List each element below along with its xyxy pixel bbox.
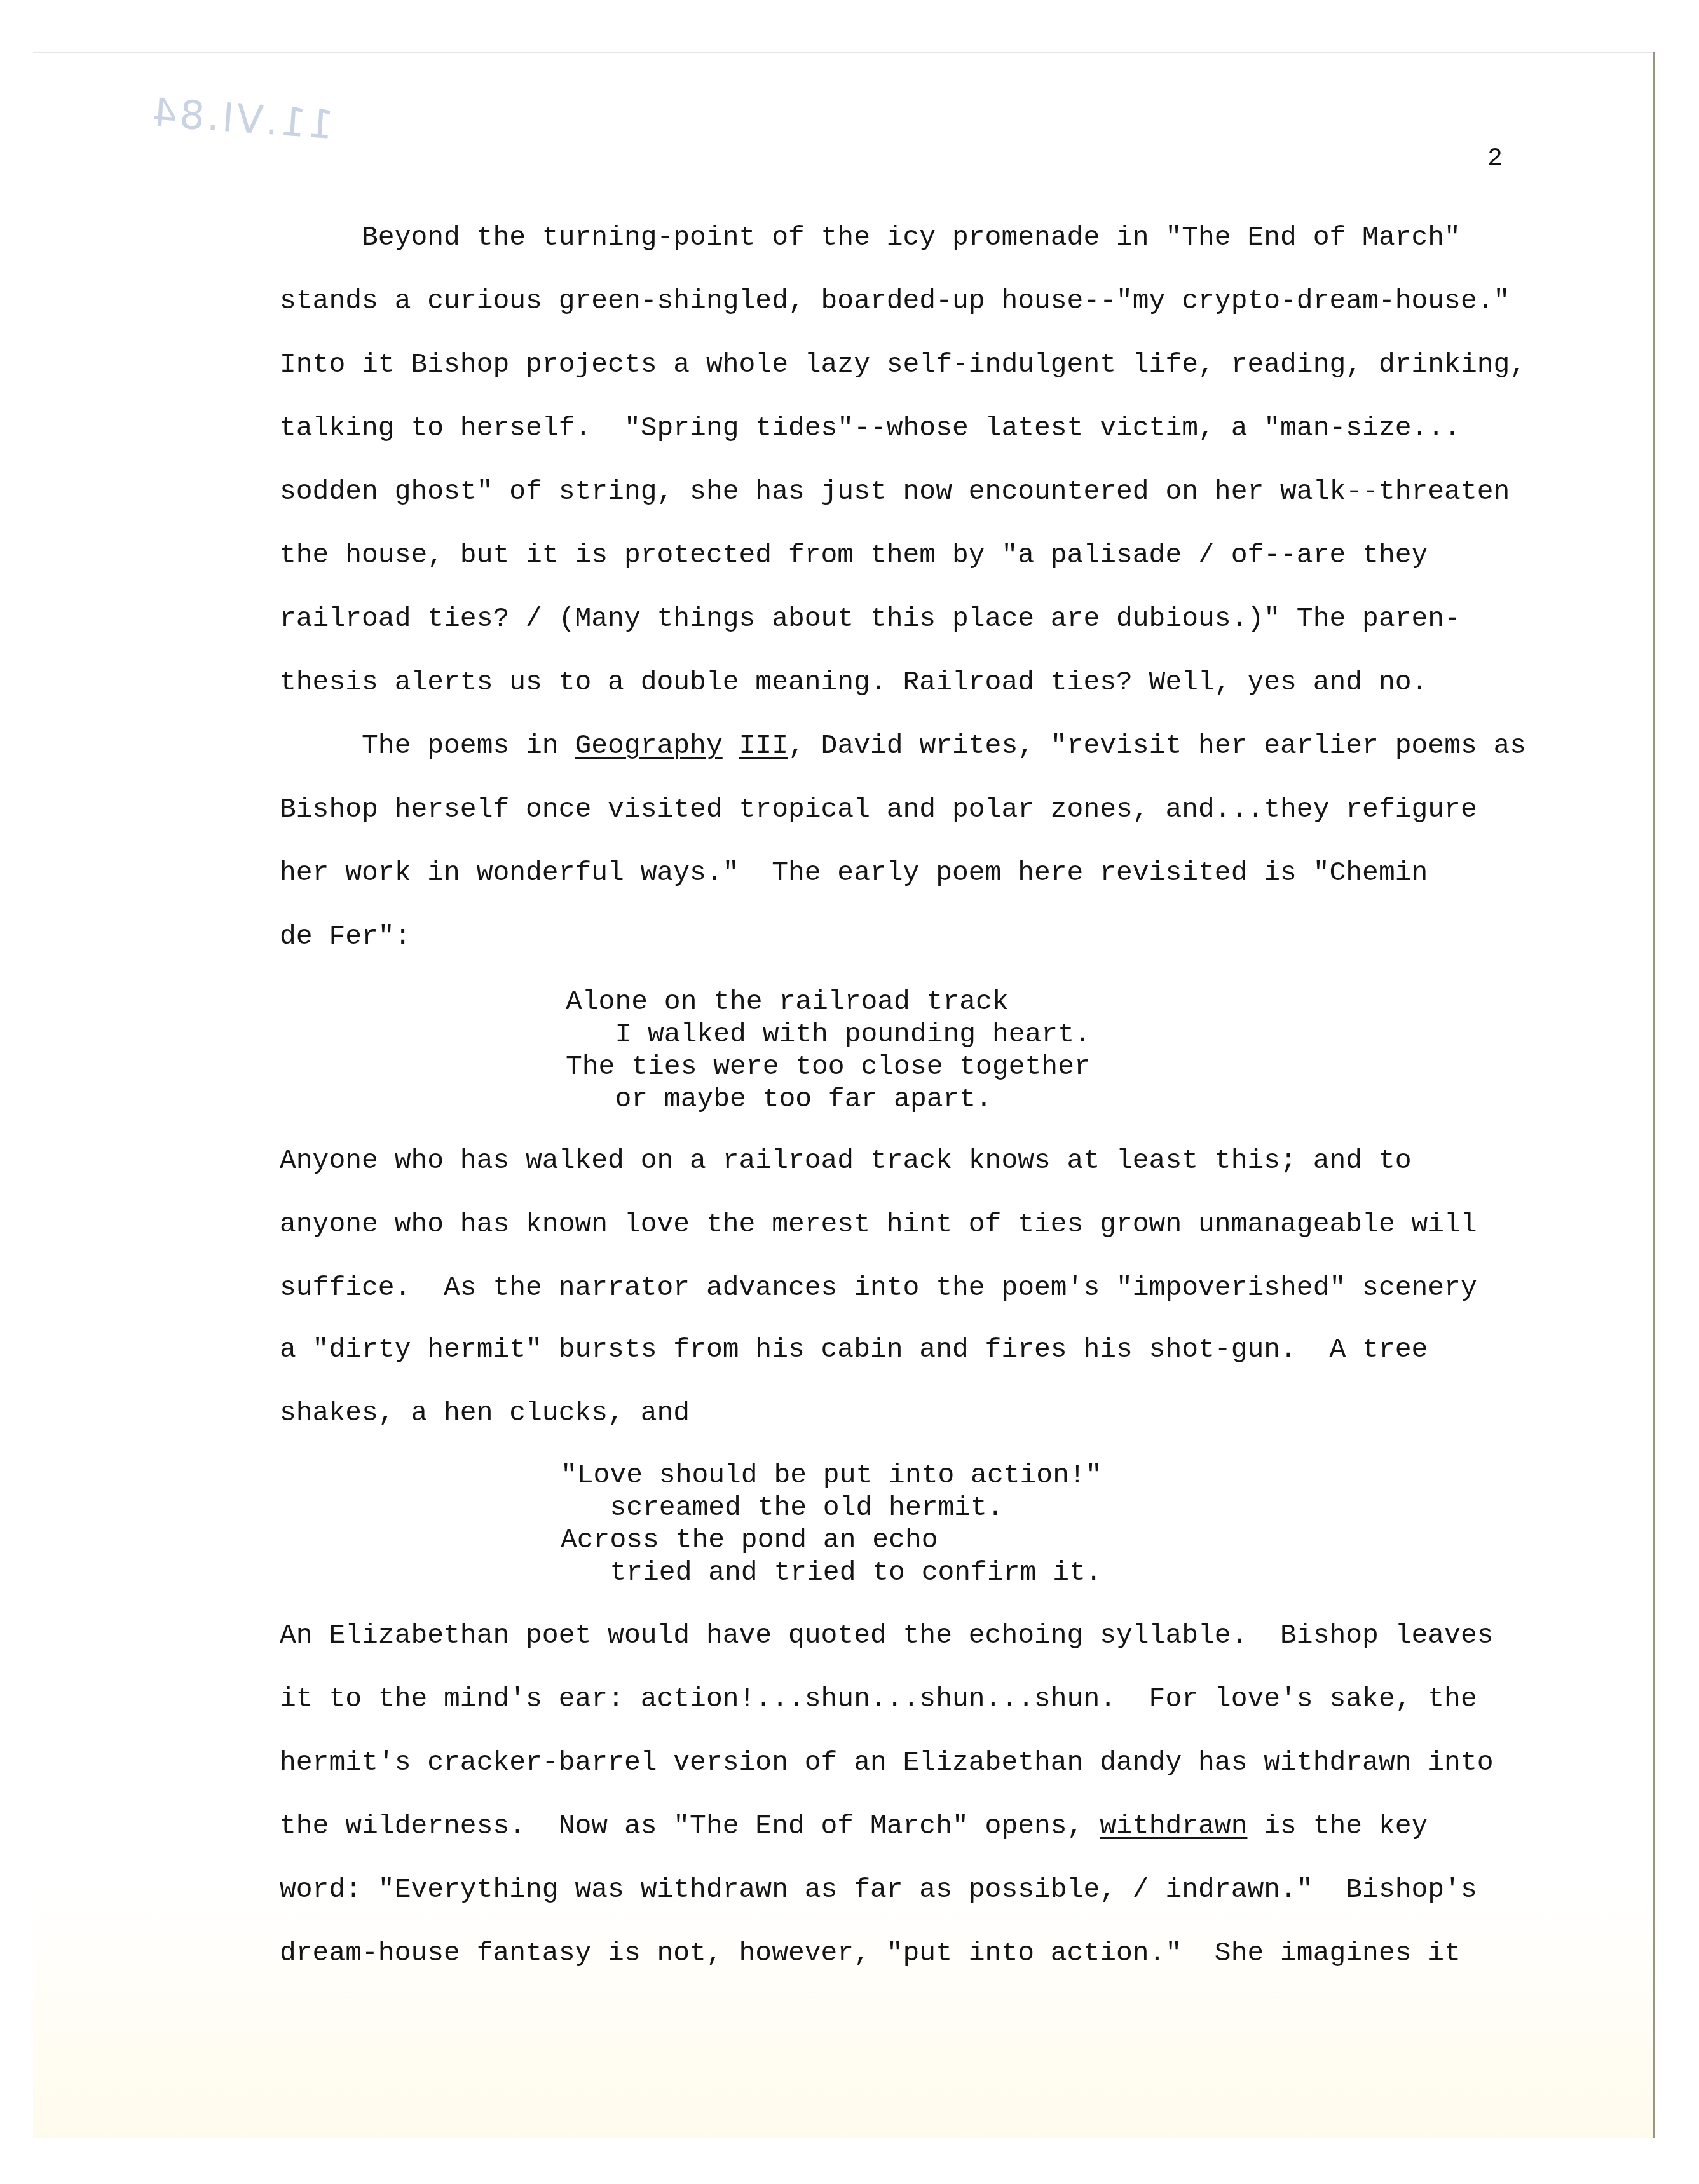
poem-line: screamed the old hermit. <box>561 1494 1004 1521</box>
poem-line: "Love should be put into action!" <box>561 1462 1102 1489</box>
text-line-with-title: The poems in Geography III, David writes… <box>280 732 1526 759</box>
text-line: word: "Everything was withdrawn as far a… <box>280 1876 1477 1903</box>
text-line: anyone who has known love the merest hin… <box>280 1211 1477 1238</box>
text-line: shakes, a hen clucks, and <box>280 1399 690 1427</box>
poem-line: Alone on the railroad track <box>566 988 1009 1015</box>
text-line: her work in wonderful ways." The early p… <box>280 859 1428 886</box>
text-line: stands a curious green-shingled, boarded… <box>280 287 1510 315</box>
poem-line: tried and tried to confirm it. <box>561 1559 1102 1586</box>
text-segment: , David writes, "revisit her earlier poe… <box>788 730 1526 761</box>
text-line: Beyond the turning-point of the icy prom… <box>280 224 1461 251</box>
underlined-keyword: withdrawn <box>1100 1810 1247 1841</box>
book-title-underlined: Geography <box>575 730 722 761</box>
poem-line: The ties were too close together <box>566 1053 1091 1080</box>
text-segment: is the key <box>1247 1810 1428 1841</box>
text-line: suffice. As the narrator advances into t… <box>280 1274 1477 1301</box>
poem-line: or maybe too far apart. <box>566 1085 992 1113</box>
text-line: An Elizabethan poet would have quoted th… <box>280 1622 1494 1649</box>
poem-line: Across the pond an echo <box>561 1526 938 1554</box>
text-line: talking to herself. "Spring tides"--whos… <box>280 414 1461 442</box>
text-line: the house, but it is protected from them… <box>280 541 1428 569</box>
poem-line: I walked with pounding heart. <box>566 1021 1091 1048</box>
text-line: de Fer": <box>280 923 411 950</box>
text-segment: The poems in <box>280 730 575 761</box>
text-line: railroad ties? / (Many things about this… <box>280 605 1461 632</box>
text-line: it to the mind's ear: action!...shun...s… <box>280 1685 1477 1713</box>
book-title-underlined: III <box>739 730 788 761</box>
text-line-with-emphasis: the wilderness. Now as "The End of March… <box>280 1812 1428 1840</box>
text-line: Into it Bishop projects a whole lazy sel… <box>280 351 1526 378</box>
text-segment <box>723 730 739 761</box>
text-line: sodden ghost" of string, she has just no… <box>280 478 1510 505</box>
text-line: hermit's cracker-barrel version of an El… <box>280 1749 1494 1776</box>
page-number: 2 <box>1487 145 1503 173</box>
text-segment: the wilderness. Now as "The End of March… <box>280 1810 1100 1841</box>
text-line: Bishop herself once visited tropical and… <box>280 796 1477 823</box>
text-line: thesis alerts us to a double meaning. Ra… <box>280 668 1428 696</box>
text-line: a "dirty hermit" bursts from his cabin a… <box>280 1336 1428 1363</box>
text-line: Anyone who has walked on a railroad trac… <box>280 1147 1412 1174</box>
text-line: dream-house fantasy is not, however, "pu… <box>280 1939 1461 1967</box>
